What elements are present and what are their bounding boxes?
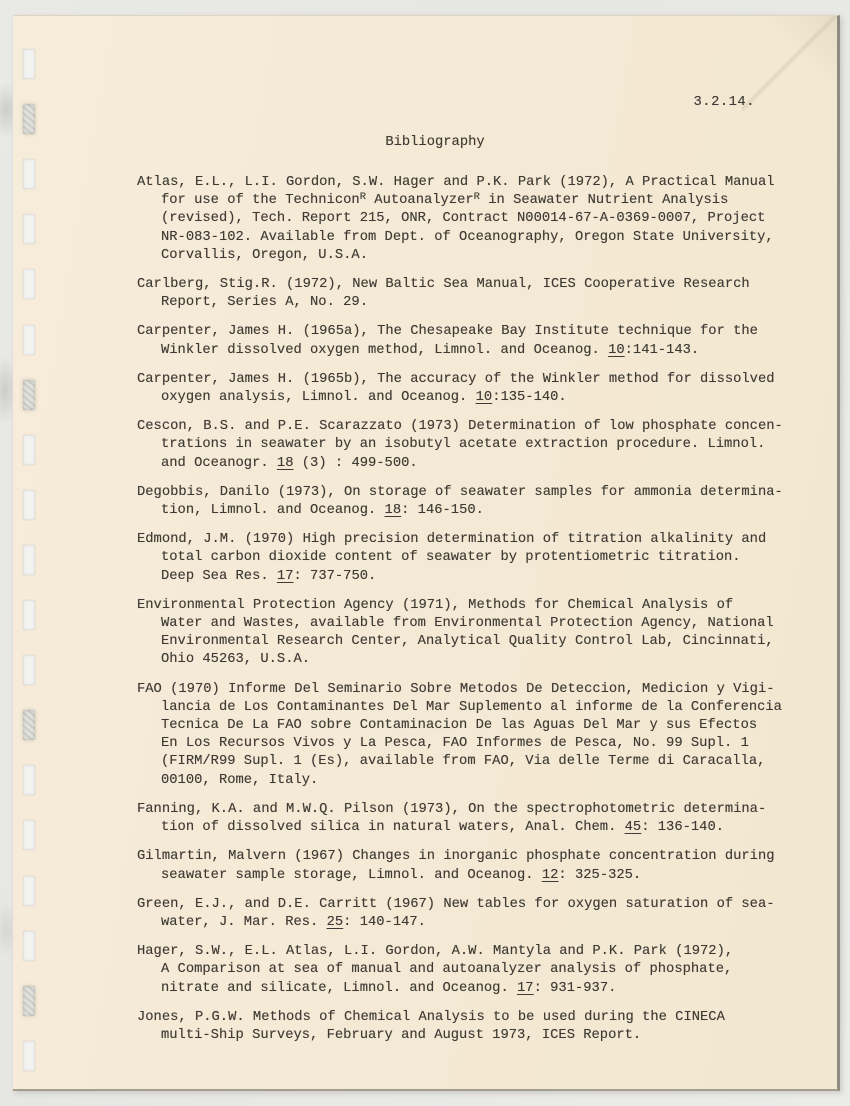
scanned-page-background: 3.2.14. Bibliography Atlas, E.L., L.I. G… (0, 0, 850, 1106)
page-corner-fold (742, 16, 837, 111)
entry-line: oxygen analysis, Limnol. and Oceanog. 10… (137, 389, 809, 407)
bibliography-list: Atlas, E.L., L.I. Gordon, S.W. Hager and… (137, 174, 809, 1056)
entry-line: En Los Recursos Vivos y La Pesca, FAO In… (137, 735, 809, 753)
bibliography-entry: Hager, S.W., E.L. Atlas, L.I. Gordon, A.… (137, 943, 809, 998)
entry-line: Environmental Research Center, Analytica… (137, 633, 809, 651)
entry-line: FAO (1970) Informe Del Seminario Sobre M… (137, 681, 809, 699)
punch-hole (23, 104, 35, 134)
entry-line: Jones, P.G.W. Methods of Chemical Analys… (137, 1009, 809, 1027)
entry-line: lancia de Los Contaminantes Del Mar Supl… (137, 699, 809, 717)
entry-line: Fanning, K.A. and M.W.Q. Pilson (1973), … (137, 801, 809, 819)
entry-line: Water and Wastes, available from Environ… (137, 615, 809, 633)
punch-hole (23, 214, 35, 244)
entry-line: A Comparison at sea of manual and autoan… (137, 961, 809, 979)
bibliography-entry: Carpenter, James H. (1965a), The Chesape… (137, 323, 809, 359)
bibliography-entry: Cescon, B.S. and P.E. Scarazzato (1973) … (137, 418, 809, 473)
punch-hole (23, 931, 35, 961)
punch-hole (23, 49, 35, 79)
page-number: 3.2.14. (694, 95, 755, 110)
entry-line: Report, Series A, No. 29. (137, 294, 809, 312)
entry-line: Cescon, B.S. and P.E. Scarazzato (1973) … (137, 418, 809, 436)
entry-line: nitrate and silicate, Limnol. and Oceano… (137, 980, 809, 998)
punch-hole (23, 600, 35, 630)
entry-line: Carpenter, James H. (1965b), The accurac… (137, 371, 809, 389)
bibliography-entry: Fanning, K.A. and M.W.Q. Pilson (1973), … (137, 801, 809, 837)
entry-line: multi-Ship Surveys, February and August … (137, 1027, 809, 1045)
entry-line: Winkler dissolved oxygen method, Limnol.… (137, 342, 809, 360)
entry-line: Degobbis, Danilo (1973), On storage of s… (137, 484, 809, 502)
page-title: Bibliography (13, 135, 837, 150)
entry-line: (revised), Tech. Report 215, ONR, Contra… (137, 210, 809, 228)
punch-hole (23, 710, 35, 740)
entry-line: Tecnica De La FAO sobre Contaminacion De… (137, 717, 809, 735)
punch-hole (23, 545, 35, 575)
document-page: 3.2.14. Bibliography Atlas, E.L., L.I. G… (13, 15, 840, 1091)
entry-line: total carbon dioxide content of seawater… (137, 549, 809, 567)
entry-line: tion, Limnol. and Oceanog. 18: 146-150. (137, 502, 809, 520)
punch-hole (23, 269, 35, 299)
punch-hole (23, 876, 35, 906)
bibliography-entry: Green, E.J., and D.E. Carritt (1967) New… (137, 896, 809, 932)
punch-hole (23, 325, 35, 355)
bibliography-entry: FAO (1970) Informe Del Seminario Sobre M… (137, 681, 809, 790)
bibliography-entry: Degobbis, Danilo (1973), On storage of s… (137, 484, 809, 520)
entry-line: Carlberg, Stig.R. (1972), New Baltic Sea… (137, 276, 809, 294)
bibliography-entry: Environmental Protection Agency (1971), … (137, 597, 809, 670)
bibliography-entry: Jones, P.G.W. Methods of Chemical Analys… (137, 1009, 809, 1045)
entry-line: Atlas, E.L., L.I. Gordon, S.W. Hager and… (137, 174, 809, 192)
entry-line: NR-083-102. Available from Dept. of Ocea… (137, 229, 809, 247)
entry-line: and Oceanogr. 18 (3) : 499-500. (137, 455, 809, 473)
entry-line: 00100, Rome, Italy. (137, 772, 809, 790)
entry-line: Gilmartin, Malvern (1967) Changes in ino… (137, 848, 809, 866)
entry-line: Environmental Protection Agency (1971), … (137, 597, 809, 615)
punch-hole (23, 490, 35, 520)
bibliography-entry: Edmond, J.M. (1970) High precision deter… (137, 531, 809, 586)
punch-hole (23, 986, 35, 1016)
punch-hole (23, 435, 35, 465)
entry-line: Ohio 45263, U.S.A. (137, 651, 809, 669)
bibliography-entry: Carlberg, Stig.R. (1972), New Baltic Sea… (137, 276, 809, 312)
punch-hole (23, 380, 35, 410)
punch-hole (23, 820, 35, 850)
punch-hole (23, 655, 35, 685)
punch-hole (23, 1041, 35, 1071)
bibliography-entry: Gilmartin, Malvern (1967) Changes in ino… (137, 848, 809, 884)
entry-line: Hager, S.W., E.L. Atlas, L.I. Gordon, A.… (137, 943, 809, 961)
entry-line: for use of the TechniconR AutoanalyzerR … (137, 192, 809, 210)
entry-line: Carpenter, James H. (1965a), The Chesape… (137, 323, 809, 341)
entry-line: water, J. Mar. Res. 25: 140-147. (137, 914, 809, 932)
punch-hole (23, 765, 35, 795)
bibliography-entry: Atlas, E.L., L.I. Gordon, S.W. Hager and… (137, 174, 809, 265)
entry-line: tion of dissolved silica in natural wate… (137, 819, 809, 837)
entry-line: Green, E.J., and D.E. Carritt (1967) New… (137, 896, 809, 914)
entry-line: Edmond, J.M. (1970) High precision deter… (137, 531, 809, 549)
entry-line: (FIRM/R99 Supl. 1 (Es), available from F… (137, 753, 809, 771)
entry-line: Deep Sea Res. 17: 737-750. (137, 568, 809, 586)
entry-line: trations in seawater by an isobutyl acet… (137, 436, 809, 454)
punch-hole (23, 159, 35, 189)
entry-line: seawater sample storage, Limnol. and Oce… (137, 867, 809, 885)
entry-line: Corvallis, Oregon, U.S.A. (137, 247, 809, 265)
bibliography-entry: Carpenter, James H. (1965b), The accurac… (137, 371, 809, 407)
